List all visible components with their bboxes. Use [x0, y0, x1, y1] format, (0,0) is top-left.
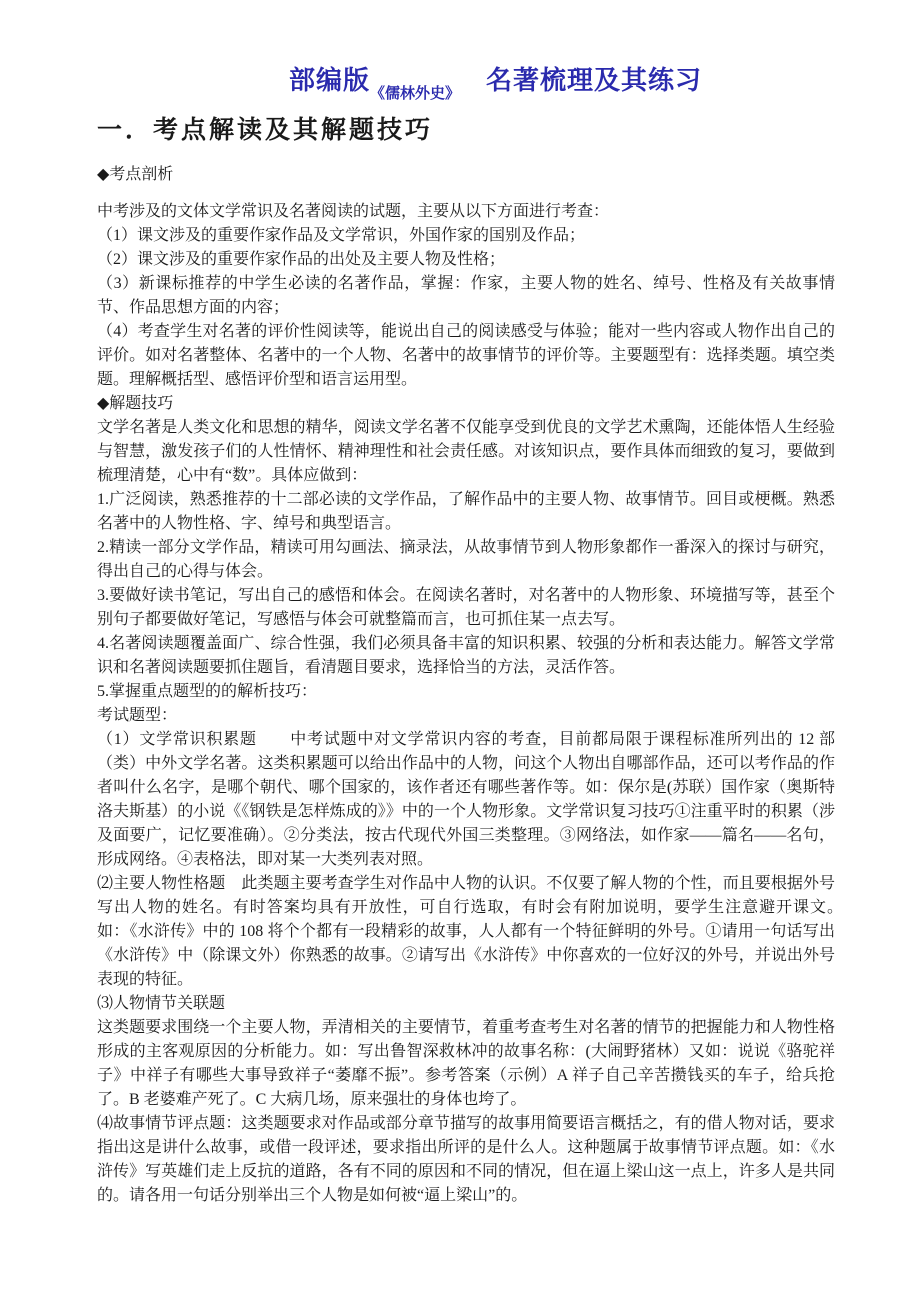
- body-paragraph: 文学名著是人类文化和思想的精华，阅读文学名著不仅能享受到优良的文学艺术熏陶，还能…: [97, 416, 835, 488]
- body-paragraph: 1.广泛阅读，熟悉推荐的十二部必读的文学作品，了解作品中的主要人物、故事情节。回…: [97, 488, 835, 536]
- body-paragraph: 中考涉及的文体文学常识及名著阅读的试题，主要从以下方面进行考查：: [97, 200, 835, 224]
- subheading-exam-point-analysis: ◆考点剖析: [97, 163, 835, 187]
- body-paragraph: （2）课文涉及的重要作家作品的出处及主要人物及性格；: [97, 248, 835, 272]
- subheading-solving-techniques: ◆解题技巧: [97, 392, 835, 416]
- body-paragraph: ⑶人物情节关联题: [97, 992, 835, 1016]
- body-paragraph: 5.掌握重点题型的的解析技巧：: [97, 680, 835, 704]
- body-paragraph: ⑷故事情节评点题：这类题要求对作品或部分章节描写的故事用简要语言概括之，有的借人…: [97, 1112, 835, 1208]
- body-paragraph: （1）课文涉及的重要作家作品及文学常识，外国作家的国别及作品；: [97, 224, 835, 248]
- section-one-heading: 一．考点解读及其解题技巧: [97, 110, 834, 142]
- document-body: ◆考点剖析 中考涉及的文体文学常识及名著阅读的试题，主要从以下方面进行考查： （…: [97, 163, 835, 1208]
- body-paragraph: 2.精读一部分文学作品，精读可用勾画法、摘录法，从故事情节到人物形象都作一番深入…: [97, 536, 835, 584]
- title-edition: 部编版: [289, 66, 370, 95]
- body-paragraph: （3）新课标推荐的中学生必读的名著作品，掌握：作家，主要人物的姓名、绰号、性格及…: [97, 272, 835, 320]
- title-topic: 名著梳理及其练习: [486, 66, 702, 95]
- body-paragraph: 考试题型：: [97, 704, 835, 728]
- title-book-name: 《儒林外史》: [370, 86, 460, 102]
- document-page: 部编版《儒林外史》名著梳理及其练习 一．考点解读及其解题技巧 ◆考点剖析 中考涉…: [0, 0, 920, 1302]
- body-paragraph: （1）文学常识积累题 中考试题中对文学常识内容的考查，目前都局限于课程标准所列出…: [97, 728, 835, 872]
- body-paragraph: 4.名著阅读题覆盖面广、综合性强，我们必须具备丰富的知识积累、较强的分析和表达能…: [97, 632, 835, 680]
- body-paragraph: ⑵主要人物性格题 此类题主要考查学生对作品中人物的认识。不仅要了解人物的个性，而…: [97, 872, 835, 992]
- body-paragraph: 这类题要求围绕一个主要人物，弄清相关的主要情节，着重考查考生对名著的情节的把握能…: [97, 1016, 835, 1112]
- body-paragraph: 3.要做好读书笔记，写出自己的感悟和体会。在阅读名著时，对名著中的人物形象、环境…: [97, 584, 835, 632]
- document-title: 部编版《儒林外史》名著梳理及其练习: [289, 60, 834, 102]
- body-paragraph: （4）考查学生对名著的评价性阅读等，能说出自己的阅读感受与体验；能对一些内容或人…: [97, 320, 835, 392]
